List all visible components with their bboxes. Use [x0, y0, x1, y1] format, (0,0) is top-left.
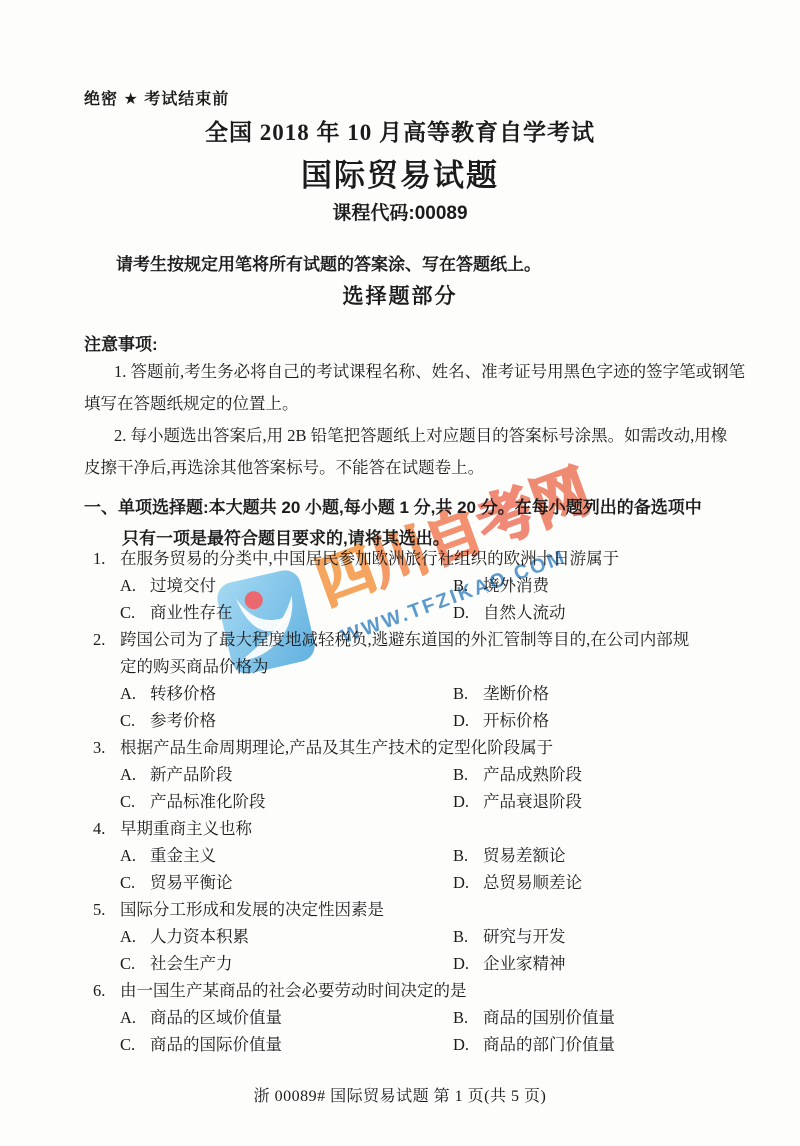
question-4-option-A: A.重金主义: [120, 842, 453, 869]
option-text: 自然人流动: [483, 603, 566, 622]
exam-title: 全国 2018 年 10 月高等教育自学考试: [0, 114, 800, 147]
question-text-continuation: 定的购买商品价格为: [120, 653, 800, 680]
option-letter: C.: [120, 869, 150, 896]
option-letter: D.: [453, 707, 483, 734]
question-4-option-C: C.贸易平衡论: [120, 869, 453, 896]
question-1-option-D: D.自然人流动: [453, 599, 800, 626]
question-3-option-B: B.产品成熟阶段: [453, 761, 800, 788]
notes-list: 1. 答题前,考生务必将自己的考试课程名称、姓名、准考证号用黑色字迹的签字笔或钢…: [84, 356, 745, 484]
page-footer: 浙 00089# 国际贸易试题 第 1 页(共 5 页): [0, 1083, 800, 1106]
option-letter: B.: [453, 842, 483, 869]
question-2-option-A: A.转移价格: [120, 680, 453, 707]
option-text: 产品衰退阶段: [483, 792, 582, 811]
question-2-option-D: D.开标价格: [453, 707, 800, 734]
option-text: 开标价格: [483, 711, 549, 730]
question-number: 6.: [93, 977, 120, 1004]
option-letter: D.: [453, 1031, 483, 1058]
option-text: 贸易差额论: [483, 846, 566, 865]
option-letter: B.: [453, 680, 483, 707]
option-letter: C.: [120, 1031, 150, 1058]
note-2-line-2: 皮擦干净后,再选涂其他答案标号。不能答在试题卷上。: [84, 452, 745, 484]
option-row: C.贸易平衡论D.总贸易顺差论: [84, 869, 800, 896]
question-2: 2.跨国公司为了最大程度地减轻税负,逃避东道国的外汇管制等目的,在公司内部规定的…: [84, 626, 800, 734]
question-2-option-B: B.垄断价格: [453, 680, 800, 707]
option-letter: C.: [120, 707, 150, 734]
option-row: C.商业性存在D.自然人流动: [84, 599, 800, 626]
option-letter: A.: [120, 842, 150, 869]
option-letter: C.: [120, 599, 150, 626]
option-letter: A.: [120, 923, 150, 950]
option-letter: A.: [120, 1004, 150, 1031]
option-text: 转移价格: [150, 684, 216, 703]
option-text: 产品成熟阶段: [483, 765, 582, 784]
question-1-option-B: B.境外消费: [453, 572, 800, 599]
option-row: A.转移价格B.垄断价格: [84, 680, 800, 707]
question-4: 4.早期重商主义也称A.重金主义B.贸易差额论C.贸易平衡论D.总贸易顺差论: [84, 815, 800, 896]
question-6-option-B: B.商品的国别价值量: [453, 1004, 800, 1031]
question-number: 5.: [93, 896, 120, 923]
option-text: 商品的国际价值量: [150, 1035, 282, 1054]
question-5-option-C: C.社会生产力: [120, 950, 453, 977]
notes-title: 注意事项:: [84, 330, 158, 355]
option-letter: A.: [120, 680, 150, 707]
option-text: 商品的国别价值量: [483, 1008, 615, 1027]
question-3-option-D: D.产品衰退阶段: [453, 788, 800, 815]
option-letter: D.: [453, 950, 483, 977]
option-text: 参考价格: [150, 711, 216, 730]
question-5-option-B: B.研究与开发: [453, 923, 800, 950]
question-2-option-C: C.参考价格: [120, 707, 453, 734]
option-text: 企业家精神: [483, 954, 566, 973]
option-letter: B.: [453, 572, 483, 599]
question-6-option-D: D.商品的部门价值量: [453, 1031, 800, 1058]
option-letter: B.: [453, 1004, 483, 1031]
question-text: 在服务贸易的分类中,中国居民参加欧洲旅行社组织的欧洲十日游属于: [120, 549, 619, 568]
question-3-option-A: A.新产品阶段: [120, 761, 453, 788]
question-3: 3.根据产品生命周期理论,产品及其生产技术的定型化阶段属于A.新产品阶段B.产品…: [84, 734, 800, 815]
question-2-stem: 2.跨国公司为了最大程度地减轻税负,逃避东道国的外汇管制等目的,在公司内部规: [84, 626, 800, 653]
option-text: 过境交付: [150, 576, 216, 595]
note-1-line-2: 填写在答题纸规定的位置上。: [84, 388, 745, 420]
question-5: 5.国际分工形成和发展的决定性因素是A.人力资本积累B.研究与开发C.社会生产力…: [84, 896, 800, 977]
question-1-stem: 1.在服务贸易的分类中,中国居民参加欧洲旅行社组织的欧洲十日游属于: [84, 545, 800, 572]
question-text: 由一国生产某商品的社会必要劳动时间决定的是: [120, 981, 467, 1000]
course-code: 课程代码:00089: [0, 198, 800, 225]
option-text: 重金主义: [150, 846, 216, 865]
question-1-option-C: C.商业性存在: [120, 599, 453, 626]
question-1: 1.在服务贸易的分类中,中国居民参加欧洲旅行社组织的欧洲十日游属于A.过境交付B…: [84, 545, 800, 626]
option-text: 商业性存在: [150, 603, 233, 622]
question-number: 2.: [93, 626, 120, 653]
question-6-option-C: C.商品的国际价值量: [120, 1031, 453, 1058]
question-number: 4.: [93, 815, 120, 842]
option-text: 商品的部门价值量: [483, 1035, 615, 1054]
classification-banner: 绝密 ★ 考试结束前: [84, 86, 229, 109]
option-text: 新产品阶段: [150, 765, 233, 784]
option-letter: B.: [453, 761, 483, 788]
option-text: 产品标准化阶段: [150, 792, 266, 811]
question-number: 3.: [93, 734, 120, 761]
question-5-option-A: A.人力资本积累: [120, 923, 453, 950]
option-row: C.产品标准化阶段D.产品衰退阶段: [84, 788, 800, 815]
option-letter: A.: [120, 761, 150, 788]
option-letter: D.: [453, 869, 483, 896]
option-row: A.新产品阶段B.产品成熟阶段: [84, 761, 800, 788]
option-row: A.重金主义B.贸易差额论: [84, 842, 800, 869]
option-row: A.商品的区域价值量B.商品的国别价值量: [84, 1004, 800, 1031]
question-6-stem: 6.由一国生产某商品的社会必要劳动时间决定的是: [84, 977, 800, 1004]
option-row: A.人力资本积累B.研究与开发: [84, 923, 800, 950]
section-heading-line: 一、单项选择题:本大题共 20 小题,每小题 1 分,共 20 分。在每小题列出…: [84, 492, 702, 523]
option-text: 商品的区域价值量: [150, 1008, 282, 1027]
question-3-option-C: C.产品标准化阶段: [120, 788, 453, 815]
option-text: 垄断价格: [483, 684, 549, 703]
question-5-stem: 5.国际分工形成和发展的决定性因素是: [84, 896, 800, 923]
question-4-option-D: D.总贸易顺差论: [453, 869, 800, 896]
option-letter: C.: [120, 950, 150, 977]
question-4-stem: 4.早期重商主义也称: [84, 815, 800, 842]
option-letter: D.: [453, 788, 483, 815]
question-text: 早期重商主义也称: [120, 819, 252, 838]
option-letter: A.: [120, 572, 150, 599]
note-1-line-1: 1. 答题前,考生务必将自己的考试课程名称、姓名、准考证号用黑色字迹的签字笔或钢…: [84, 356, 745, 388]
option-row: A.过境交付B.境外消费: [84, 572, 800, 599]
option-text: 总贸易顺差论: [483, 873, 582, 892]
question-3-stem: 3.根据产品生命周期理论,产品及其生产技术的定型化阶段属于: [84, 734, 800, 761]
question-4-option-B: B.贸易差额论: [453, 842, 800, 869]
question-number: 1.: [93, 545, 120, 572]
option-text: 贸易平衡论: [150, 873, 233, 892]
option-row: C.社会生产力D.企业家精神: [84, 950, 800, 977]
paper-title: 国际贸易试题: [0, 150, 800, 195]
option-text: 社会生产力: [150, 954, 233, 973]
option-row: C.参考价格D.开标价格: [84, 707, 800, 734]
option-row: C.商品的国际价值量D.商品的部门价值量: [84, 1031, 800, 1058]
question-1-option-A: A.过境交付: [120, 572, 453, 599]
question-text: 国际分工形成和发展的决定性因素是: [120, 900, 384, 919]
note-2-line-1: 2. 每小题选出答案后,用 2B 铅笔把答题纸上对应题目的答案标号涂黑。如需改动…: [84, 420, 745, 452]
part-title: 选择题部分: [0, 280, 800, 310]
answer-sheet-instruction: 请考生按规定用笔将所有试题的答案涂、写在答题纸上。: [116, 250, 541, 275]
option-letter: C.: [120, 788, 150, 815]
option-text: 研究与开发: [483, 927, 566, 946]
option-letter: D.: [453, 599, 483, 626]
option-text: 人力资本积累: [150, 927, 249, 946]
question-6: 6.由一国生产某商品的社会必要劳动时间决定的是A.商品的区域价值量B.商品的国别…: [84, 977, 800, 1058]
question-text: 根据产品生命周期理论,产品及其生产技术的定型化阶段属于: [120, 738, 553, 757]
option-text: 境外消费: [483, 576, 549, 595]
question-6-option-A: A.商品的区域价值量: [120, 1004, 453, 1031]
question-list: 1.在服务贸易的分类中,中国居民参加欧洲旅行社组织的欧洲十日游属于A.过境交付B…: [84, 545, 800, 1058]
question-text: 跨国公司为了最大程度地减轻税负,逃避东道国的外汇管制等目的,在公司内部规: [120, 630, 689, 649]
option-letter: B.: [453, 923, 483, 950]
question-5-option-D: D.企业家精神: [453, 950, 800, 977]
